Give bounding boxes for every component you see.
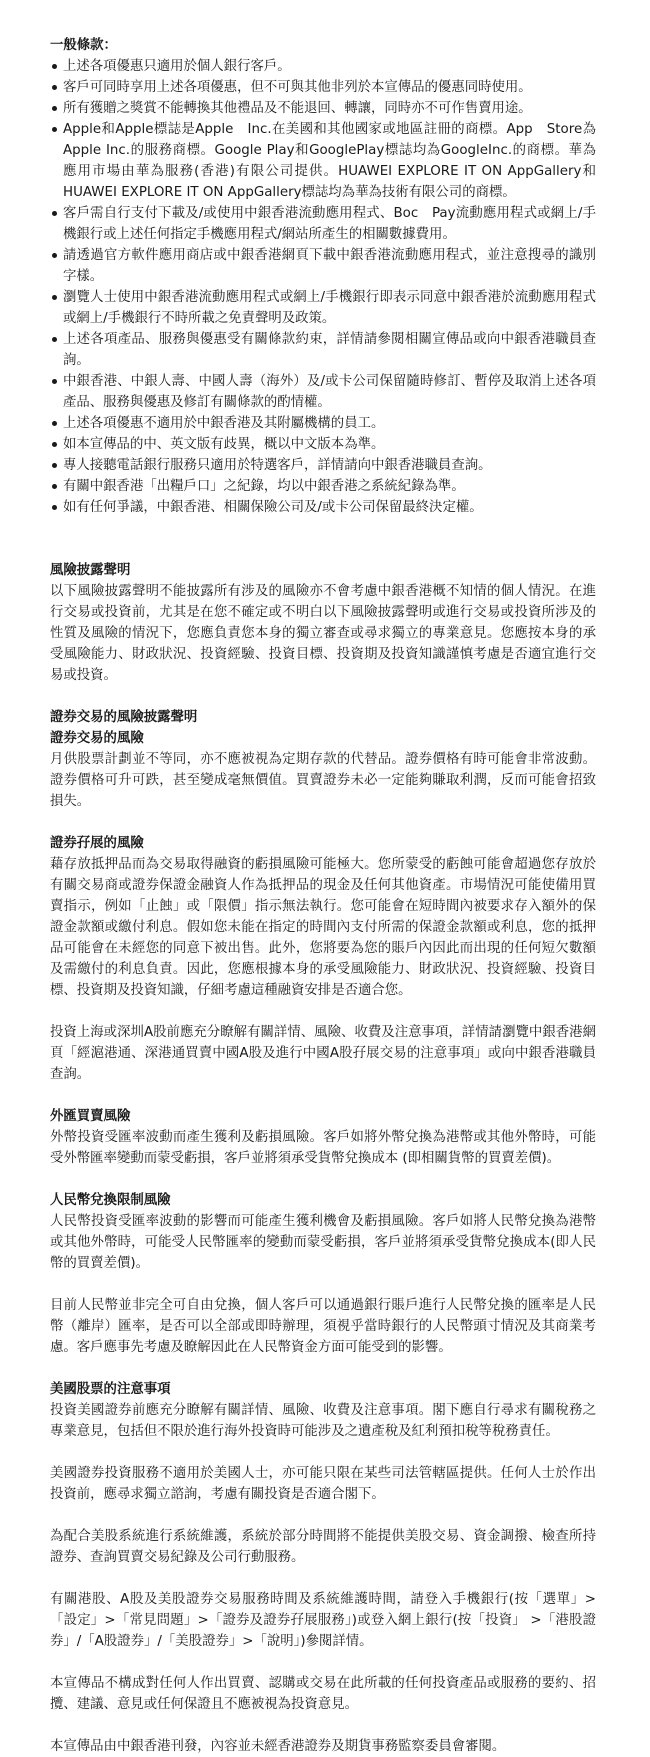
spacer	[50, 1652, 596, 1673]
bullet-icon	[52, 442, 57, 447]
list-item: 所有獲贈之獎賞不能轉換其他禮品及不能退回、轉讓，同時亦不可作售賣用途。	[50, 98, 596, 119]
bullet-icon	[52, 484, 57, 489]
spacer	[50, 1169, 596, 1190]
spacer	[50, 518, 596, 539]
spacer	[50, 1505, 596, 1526]
bullet-icon	[52, 463, 57, 468]
section-heading: 外匯買賣風險	[50, 1106, 596, 1127]
paragraph: 藉存放抵押品而為交易取得融資的虧損風險可能極大。您所蒙受的虧蝕可能會超過您存放於…	[50, 854, 596, 1001]
list-item-text: 客戶可同時享用上述各項優惠，但不可與其他非列於本宣傳品的優惠同時使用。	[63, 80, 532, 95]
list-item: 請透過官方軟件應用商店或中銀香港網頁下載中銀香港流動應用程式，並注意搜尋的識別字…	[50, 245, 596, 287]
list-item-text: 請透過官方軟件應用商店或中銀香港網頁下載中銀香港流動應用程式，並注意搜尋的識別字…	[63, 248, 596, 284]
section-heading: 人民幣兌換限制風險	[50, 1190, 596, 1211]
bullet-icon	[52, 295, 57, 300]
section-subheading: 證券交易的風險	[50, 728, 596, 749]
list-item: 有關中銀香港「出糧戶口」之紀錄，均以中銀香港之系統紀錄為準。	[50, 476, 596, 497]
list-item: 如本宣傳品的中、英文版有歧異，概以中文版本為準。	[50, 434, 596, 455]
paragraph: 為配合美股系統進行系統維護，系統於部分時間將不能提供美股交易、資金調撥、檢查所持…	[50, 1526, 596, 1568]
list-item: 客戶需自行支付下載及/或使用中銀香港流動應用程式、Boc Pay流動應用程式或網…	[50, 203, 596, 245]
bullet-icon	[52, 379, 57, 384]
list-item: 上述各項優惠不適用於中銀香港及其附屬機構的員工。	[50, 413, 596, 434]
spacer	[50, 1358, 596, 1379]
spacer	[50, 1568, 596, 1589]
terms-document: 一般條款： 上述各項優惠只適用於個人銀行客戶。 客戶可同時享用上述各項優惠，但不…	[50, 35, 596, 1693]
spacer	[50, 1274, 596, 1295]
list-item: 客戶可同時享用上述各項優惠，但不可與其他非列於本宣傳品的優惠同時使用。	[50, 77, 596, 98]
spacer	[50, 812, 596, 833]
list-item-text: Apple和Apple標誌是Apple Inc.在美國和其他國家或地區註冊的商標…	[63, 122, 596, 200]
section-heading: 一般條款：	[50, 35, 596, 56]
list-item-text: 瀏覽人士使用中銀香港流動應用程式或網上/手機銀行即表示同意中銀香港於流動應用程式…	[63, 290, 596, 326]
paragraph: 外幣投資受匯率波動而產生獲利及虧損風險。客戶如將外幣兌換為港幣或其他外幣時，可能…	[50, 1127, 596, 1169]
spacer	[50, 1085, 596, 1106]
general-terms-section: 一般條款： 上述各項優惠只適用於個人銀行客戶。 客戶可同時享用上述各項優惠，但不…	[50, 35, 596, 518]
paragraph: 有關港股、A股及美股證券交易服務時間及系統維護時間，請登入手機銀行(按「選單」>…	[50, 1589, 596, 1652]
paragraph: 投資上海或深圳A股前應充分瞭解有關詳情、風險、收費及注意事項，詳情請瀏覽中銀香港…	[50, 1022, 596, 1085]
list-item: 上述各項優惠只適用於個人銀行客戶。	[50, 56, 596, 77]
us-stocks-section: 美國股票的注意事項 投資美國證券前應充分瞭解有關詳情、風險、收費及注意事項。閣下…	[50, 1379, 596, 1693]
list-item-text: 如本宣傳品的中、英文版有歧異，概以中文版本為準。	[63, 437, 384, 452]
spacer	[50, 539, 596, 560]
spacer	[50, 686, 596, 707]
bullet-icon	[52, 337, 57, 342]
bullet-icon	[52, 421, 57, 426]
section-heading: 證券孖展的風險	[50, 833, 596, 854]
margin-risk-section: 證券孖展的風險 藉存放抵押品而為交易取得融資的虧損風險可能極大。您所蒙受的虧蝕可…	[50, 833, 596, 1085]
list-item-text: 上述各項產品、服務與優惠受有關條款約束，詳情請參閱相關宣傳品或向中銀香港職員查詢…	[63, 332, 596, 368]
paragraph: 投資美國證券前應充分瞭解有關詳情、風險、收費及注意事項。閣下應自行尋求有關稅務之…	[50, 1400, 596, 1442]
terms-list: 上述各項優惠只適用於個人銀行客戶。 客戶可同時享用上述各項優惠，但不可與其他非列…	[50, 56, 596, 518]
section-heading: 風險披露聲明	[50, 560, 596, 581]
paragraph: 美國證券投資服務不適用於美國人士，亦可能只限在某些司法管轄區提供。任何人士於作出…	[50, 1463, 596, 1505]
section-heading: 證券交易的風險披露聲明	[50, 707, 596, 728]
list-item-text: 專人接聽電話銀行服務只適用於特選客戶，詳情請向中銀香港職員查詢。	[63, 458, 492, 473]
risk-disclosure-section: 風險披露聲明 以下風險披露聲明不能披露所有涉及的風險亦不會考慮中銀香港概不知情的…	[50, 560, 596, 686]
fx-risk-section: 外匯買賣風險 外幣投資受匯率波動而產生獲利及虧損風險。客戶如將外幣兌換為港幣或其…	[50, 1106, 596, 1169]
rmb-risk-section: 人民幣兌換限制風險 人民幣投資受匯率波動的影響而可能產生獲利機會及虧損風險。客戶…	[50, 1190, 596, 1358]
bullet-icon	[52, 85, 57, 90]
paragraph: 月供股票計劃並不等同，亦不應被視為定期存款的代替品。證券價格有時可能會非常波動。…	[50, 749, 596, 812]
list-item: 中銀香港、中銀人壽、中國人壽（海外）及/或卡公司保留隨時修訂、暫停及取消上述各項…	[50, 371, 596, 413]
list-item-text: 上述各項優惠只適用於個人銀行客戶。	[63, 59, 291, 74]
list-item: Apple和Apple標誌是Apple Inc.在美國和其他國家或地區註冊的商標…	[50, 119, 596, 203]
list-item-text: 所有獲贈之獎賞不能轉換其他禮品及不能退回、轉讓，同時亦不可作售賣用途。	[63, 101, 532, 116]
list-item-text: 上述各項優惠不適用於中銀香港及其附屬機構的員工。	[63, 416, 384, 431]
list-item: 專人接聽電話銀行服務只適用於特選客戶，詳情請向中銀香港職員查詢。	[50, 455, 596, 476]
spacer	[50, 1001, 596, 1022]
list-item-text: 中銀香港、中銀人壽、中國人壽（海外）及/或卡公司保留隨時修訂、暫停及取消上述各項…	[63, 374, 596, 410]
list-item-text: 客戶需自行支付下載及/或使用中銀香港流動應用程式、Boc Pay流動應用程式或網…	[63, 206, 596, 242]
paragraph: 目前人民幣並非完全可自由兌換，個人客戶可以通過銀行賬戶進行人民幣兌換的匯率是人民…	[50, 1295, 596, 1358]
list-item-text: 有關中銀香港「出糧戶口」之紀錄，均以中銀香港之系統紀錄為準。	[63, 479, 465, 494]
bullet-icon	[52, 211, 57, 216]
list-item: 上述各項產品、服務與優惠受有關條款約束，詳情請參閱相關宣傳品或向中銀香港職員查詢…	[50, 329, 596, 371]
bullet-icon	[52, 127, 57, 132]
bullet-icon	[52, 64, 57, 69]
list-item-text: 如有任何爭議，中銀香港、相關保險公司及/或卡公司保留最終決定權。	[63, 500, 483, 515]
securities-risk-section: 證券交易的風險披露聲明 證券交易的風險 月供股票計劃並不等同，亦不應被視為定期存…	[50, 707, 596, 812]
section-heading: 美國股票的注意事項	[50, 1379, 596, 1400]
list-item: 瀏覽人士使用中銀香港流動應用程式或網上/手機銀行即表示同意中銀香港於流動應用程式…	[50, 287, 596, 329]
paragraph: 人民幣投資受匯率波動的影響而可能產生獲利機會及虧損風險。客戶如將人民幣兌換為港幣…	[50, 1211, 596, 1274]
bullet-icon	[52, 505, 57, 510]
spacer	[50, 1442, 596, 1463]
bullet-icon	[52, 106, 57, 111]
bullet-icon	[52, 253, 57, 258]
paragraph: 本宣傳品不構成對任何人作出買賣、認購或交易在此所載的任何投資產品或服務的要約、招…	[50, 1673, 596, 1693]
list-item: 如有任何爭議，中銀香港、相關保險公司及/或卡公司保留最終決定權。	[50, 497, 596, 518]
paragraph: 以下風險披露聲明不能披露所有涉及的風險亦不會考慮中銀香港概不知情的個人情況。在進…	[50, 581, 596, 686]
